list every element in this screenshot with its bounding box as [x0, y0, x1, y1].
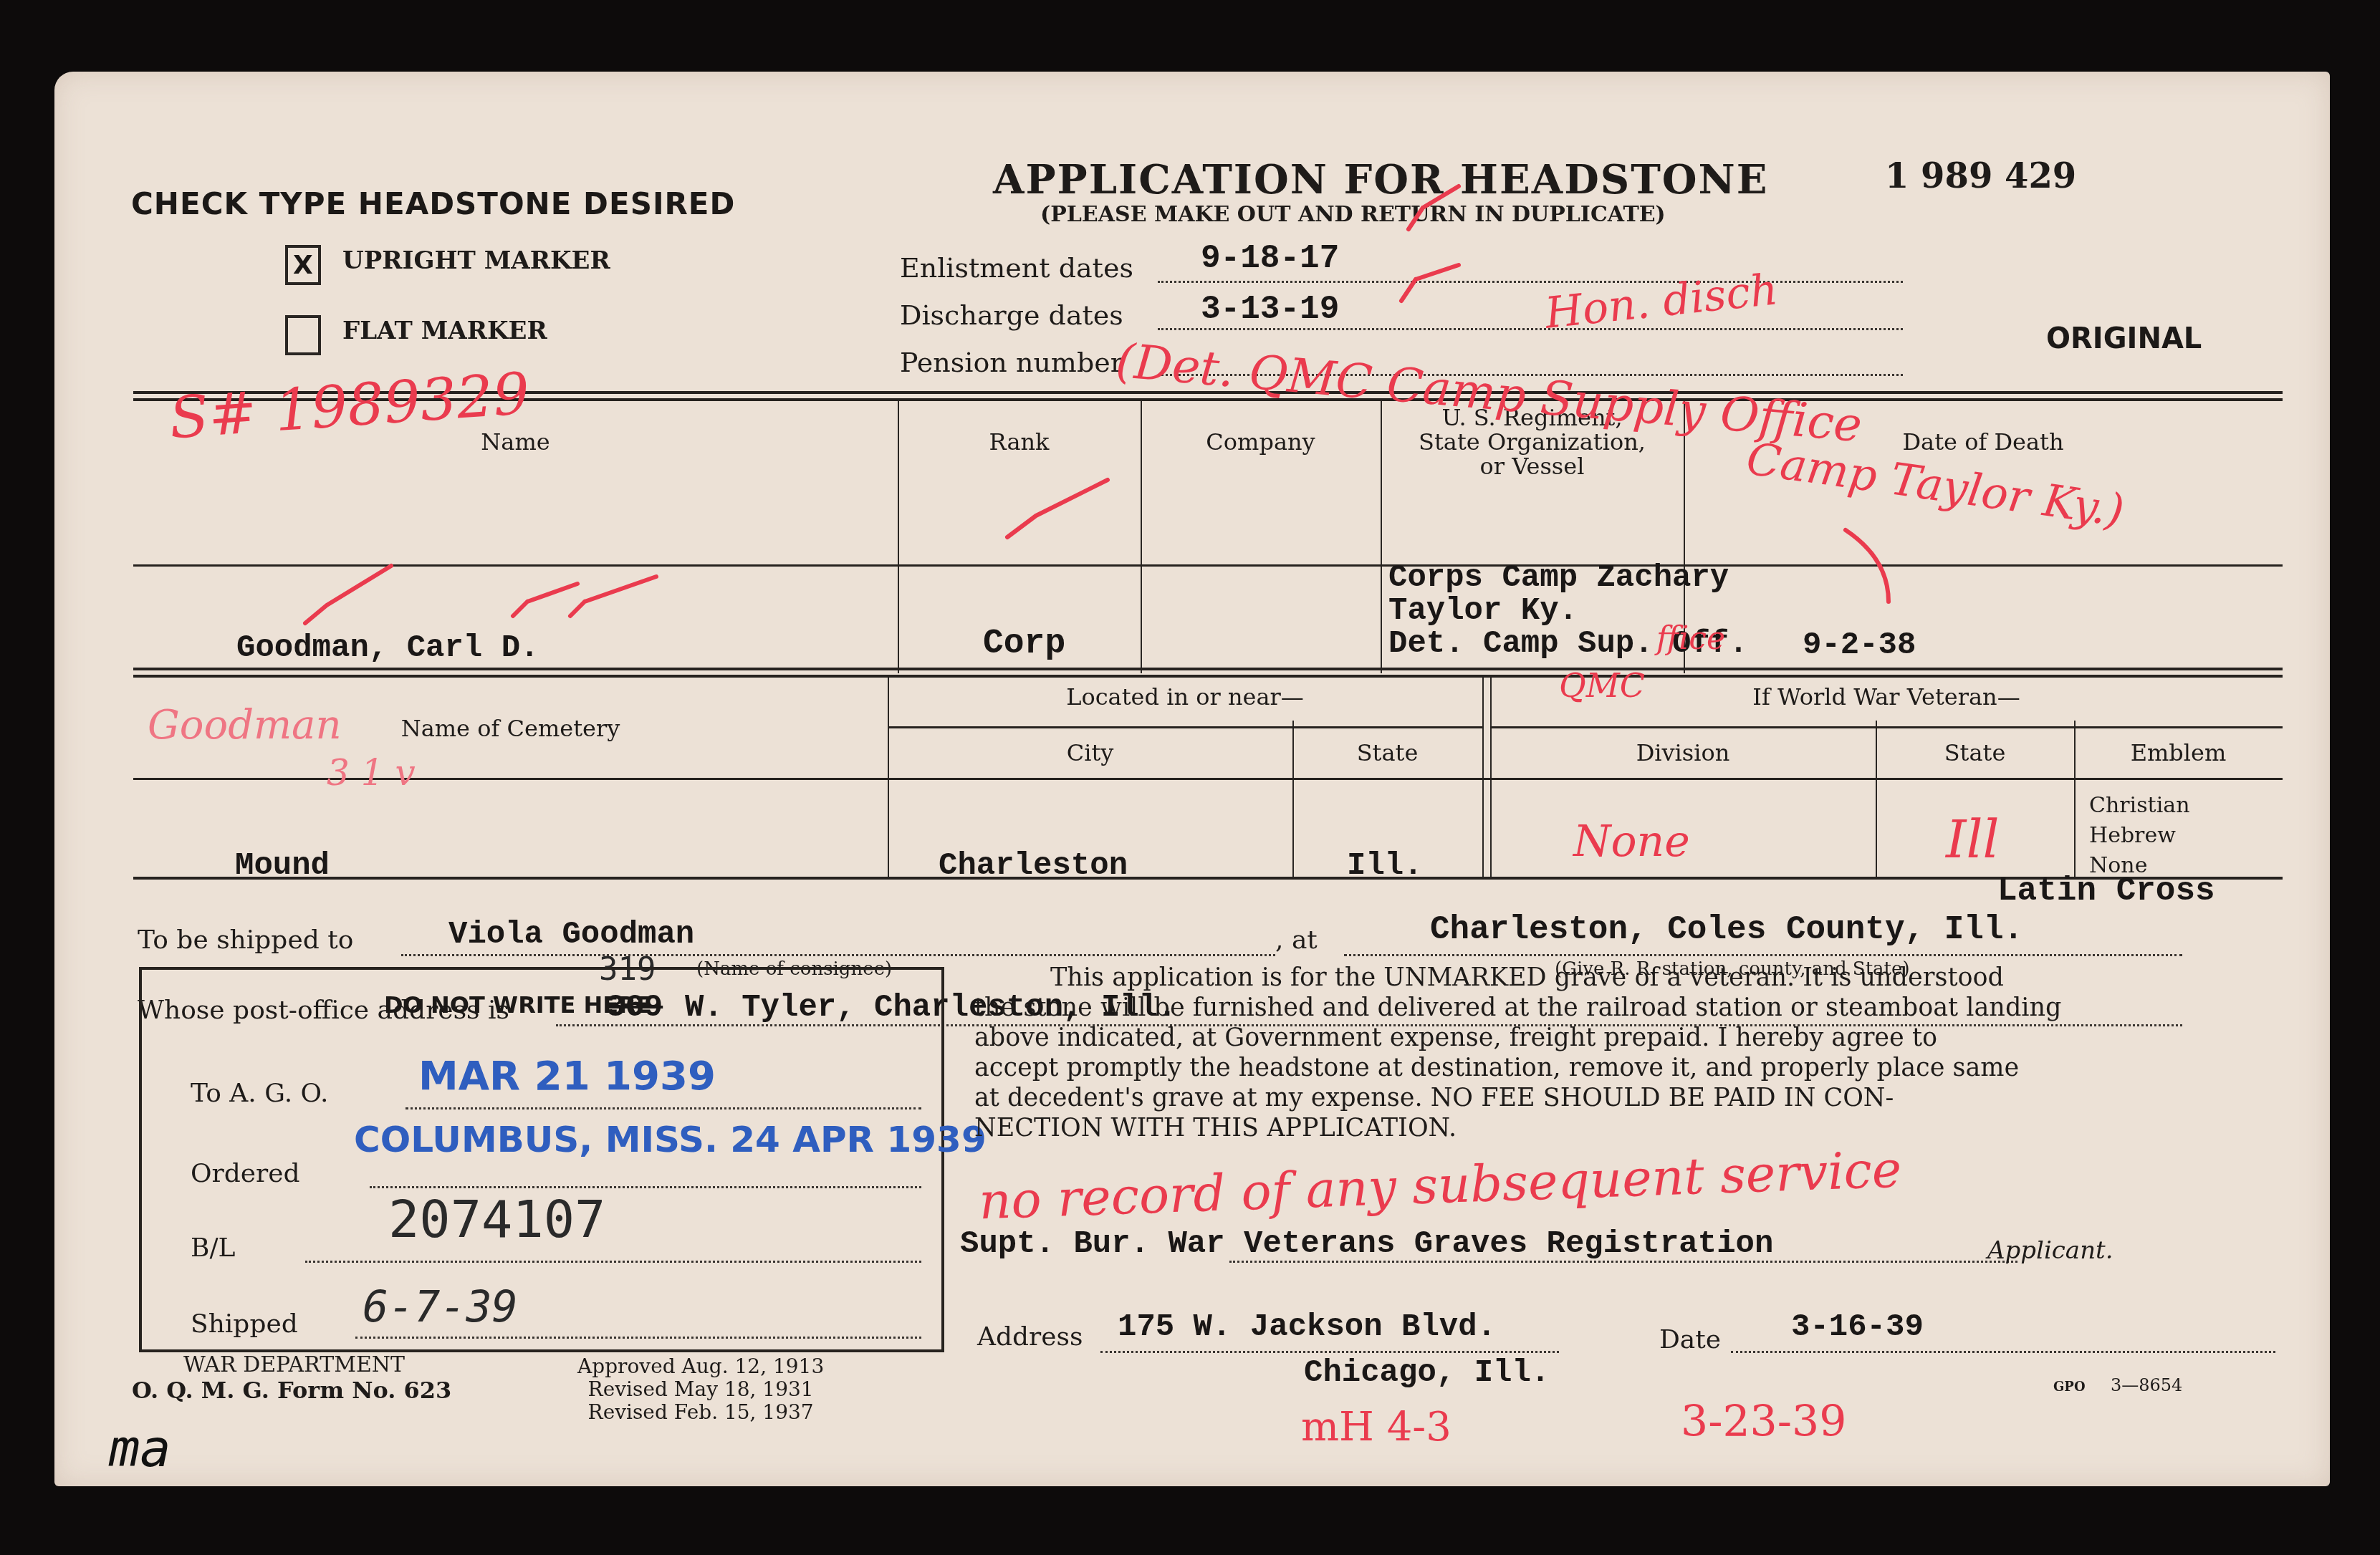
red-check-marks-icon [54, 72, 2330, 1486]
headstone-application-form: CHECK TYPE HEADSTONE DESIRED X UPRIGHT M… [54, 72, 2330, 1486]
